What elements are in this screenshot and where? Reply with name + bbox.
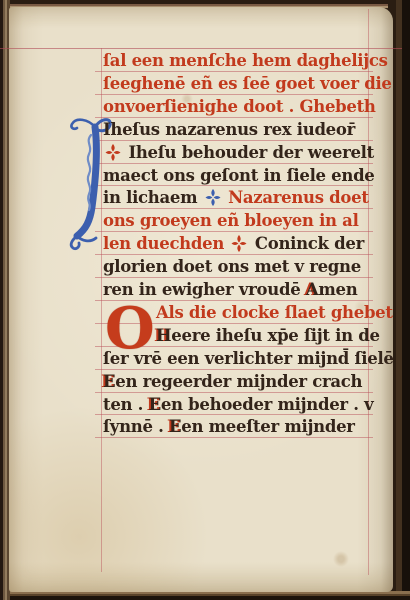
text-segment: Iheſus nazarenus rex iudeor̄: [103, 120, 355, 139]
rubricated-capital: A: [306, 280, 319, 299]
manuscript-text-line: ſer vrē een verlichter mijnd̄ ſielē: [103, 349, 394, 370]
manuscript-text-line: Heere iheſu xp̄e ſijt in de: [156, 326, 380, 347]
rubricated-capital: E: [103, 372, 115, 391]
manuscript-text-line: Iheſus nazarenus rex iudeor̄: [103, 120, 355, 141]
manuscript-text-line: Als die clocke ſlaet ghebet: [156, 303, 393, 324]
manuscript-text-line: Iheſu behouder der weerelt: [103, 143, 374, 164]
cross-ornament-icon: [205, 189, 221, 206]
text-segment: maect ons geſont in ſiele ende: [103, 166, 375, 185]
manuscript-page: I O ſal een menſche hem daghelijcsſeeghe…: [9, 7, 393, 592]
text-segment: ſynnē .: [103, 417, 169, 436]
text-segment: ſal een menſche hem daghelijcs: [103, 51, 388, 70]
manuscript-text-line: ſal een menſche hem daghelijcs: [103, 51, 388, 72]
text-segment: in lichaem: [103, 188, 203, 207]
manuscript-text-line: ſeeghenē eñ es ſeē goet voer die: [103, 74, 392, 95]
text-segment: ten .: [103, 395, 149, 414]
text-segment: en behoeder mijnder . v: [161, 395, 374, 414]
manuscript-text-line: in lichaem Nazarenus doet: [103, 188, 369, 209]
text-segment: Iheſu behouder der weerelt: [123, 143, 374, 162]
rubricated-capital: H: [156, 326, 171, 345]
manuscript-text-line: onvoerſienighe doot . Ghebeth: [103, 97, 376, 118]
cross-ornament-icon: [105, 144, 121, 161]
text-segment: glorien doet ons met v regne: [103, 257, 361, 276]
book-edge-bottom: [0, 591, 410, 600]
manuscript-text-line: Een regeerder mijnder crach: [103, 372, 362, 393]
text-segment: onvoerſienighe doot . Ghebeth: [103, 97, 376, 116]
text-segment: en regeerder mijnder crach: [115, 372, 362, 391]
text-segment: en meeſter mijnder: [181, 417, 354, 436]
rubricated-capital: E: [149, 395, 161, 414]
manuscript-text-line: ten . Een behoeder mijnder . v: [103, 395, 373, 416]
ruling-line-horizontal: [0, 48, 402, 49]
text-segment: ons groeyen eñ bloeyen in al: [103, 211, 359, 230]
text-segment: men: [318, 280, 357, 299]
text-segment: ſeeghenē eñ es ſeē goet voer die: [103, 74, 392, 93]
rubricated-capital: E: [169, 417, 181, 436]
text-segment: len duechden: [103, 234, 229, 253]
text-segment: ſer vrē een verlichter mijnd̄ ſielē: [103, 349, 394, 368]
manuscript-text-line: glorien doet ons met v regne: [103, 257, 361, 278]
text-segment: Nazarenus doet: [223, 188, 369, 207]
text-segment: ren in ewigher vroudē: [103, 280, 306, 299]
manuscript-text-line: ren in ewigher vroudē Amen: [103, 280, 357, 301]
manuscript-text-line: ſynnē . Een meeſter mijnder: [103, 417, 355, 438]
manuscript-text-line: maect ons geſont in ſiele ende: [103, 166, 375, 187]
cross-ornament-icon: [231, 235, 247, 252]
book-photo: I O ſal een menſche hem daghelijcsſeeghe…: [0, 0, 410, 600]
manuscript-text-line: len duechden Coninck der: [103, 234, 364, 255]
text-segment: Als die clocke ſlaet ghebet: [156, 303, 393, 322]
text-segment: Coninck der: [249, 234, 364, 253]
manuscript-text-line: ons groeyen eñ bloeyen in al: [103, 211, 359, 232]
text-segment: eere iheſu xp̄e ſijt in de: [171, 326, 379, 345]
